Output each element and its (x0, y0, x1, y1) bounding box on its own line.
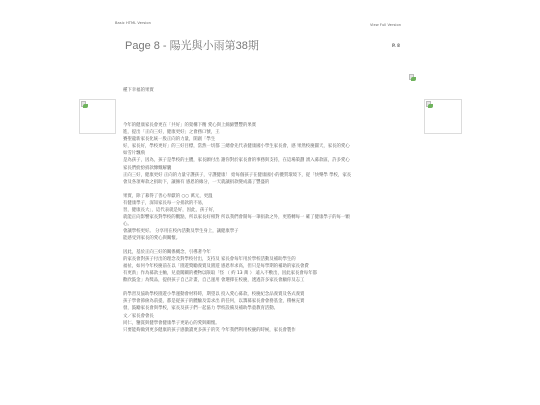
text-line: 孩子學會節儉為前提，都是從孩子的體驗及需求出 的任何，以籌募家長會會務基金，積極… (123, 298, 448, 305)
text-line: 會及各項專款之捐助下，讓擁有 感恩的緣分，一天就讓捐款變成滿了豐盛的 (123, 179, 448, 186)
left-image-box (79, 99, 116, 134)
text-line: 的學習及協助學校園遊小學運動會材料時，期望以 投入愛心募款，校慶紀念品義賣及各式… (123, 291, 448, 298)
text-line: 因此，基於正向三好的關係概念，引導著今年 (123, 249, 448, 256)
article-heading: 種下幸福的果實 (123, 87, 448, 94)
text-line: 好，家長好，學校更好」的三好目標，當然一切都 三總會先代表健康國小學生家長會，感… (123, 143, 448, 150)
text-line: 有更新」作為募款主軸，兒童闖關的禮物以限取「怪 （ 約 13 萬 ） 遠入不敷出… (123, 270, 448, 277)
text-line: 同仁，鑒賞與健學會健康學子更貼心的愛與關懷。 (123, 320, 448, 327)
text-line (123, 334, 448, 341)
text-line: 是為孩子，因為，孩子是學校的主體，家長願付出 謝你對於家長會的事務與支持，在這場… (123, 157, 448, 164)
text-line: 福祉，如何今年校慶前在以「園遊獎勵義賣及園遊 感恩奉求高，但只是每學期的補助的家… (123, 263, 448, 270)
basic-html-version-label: Basic HTML Version (115, 21, 151, 25)
text-line: 習，健康長大」，這代表就是好，因此，孩子好， (123, 207, 448, 214)
text-line (123, 94, 448, 101)
text-line (123, 242, 448, 249)
text-line: 有健康學子，深知家長每一分捐款的不易， (123, 200, 448, 207)
broken-image-icon (409, 74, 416, 81)
text-line: 家長們紛紛捐款慷慨解囊 (123, 165, 448, 172)
view-full-version-link[interactable]: View Full Version (370, 23, 401, 27)
text-line: 進，提出「正向三好，健康更好」之會務口號，王 (123, 129, 448, 136)
text-line: 果實，除了募得了善心奉獻的 ○○ 萬元，更溫 (123, 193, 448, 200)
text-line: 就能正向影響家長對學校的觀點，所以家長好相對 所以我們會開每一筆捐款之外，更將轉… (123, 214, 448, 221)
text-line (123, 115, 448, 122)
text-line (123, 186, 448, 193)
text-line: 發，鼓勵家長會與學校，家長及孩子們一起協力 學校設備及補助學童教育活動。 (123, 305, 448, 312)
text-line (123, 108, 448, 115)
text-line: 如雪片飄飛 (123, 150, 448, 157)
text-line: 文／家長會會長 (123, 313, 448, 320)
page-title: Page 8 - 陽光與小雨第38期 (125, 37, 259, 53)
page-number: P. 8 (392, 43, 400, 48)
text-line (123, 284, 448, 291)
text-line: 只要能夠做到更多健康的孩子感激讀更多孩子的笑 今年我們利用校慶的時候，家長會製作 (123, 327, 448, 334)
text-line (123, 101, 448, 108)
text-line: 會讓學校更好。 分享用在校內活動及學生身上，讓健康學子 (123, 228, 448, 235)
broken-image-icon (81, 101, 88, 108)
text-line: 歡欣鼓金」為獎品，提供孩子自己計畫，自己運用 會選擇在校慶，透過許多家長會顧你及… (123, 277, 448, 284)
text-line: 的家長會對孩子付出的理念及對學校付出，支持及 家長會每年用於學校活動及補助學生的 (123, 256, 448, 263)
top-right-image (408, 73, 417, 82)
text-line: 能感受到家長的愛心與關懷。 (123, 235, 448, 242)
text-line: 正向三好，健康更好 正向的力量守護孩子，守護健康！ 給每個孩子在健康國小的優質環… (123, 172, 448, 179)
text-line: 今年的健康家長會更在「共好」的架構下精 愛心與上綿綿豐豐的果實 (123, 122, 448, 129)
text-line: 賽聖龍新家長化統一股正向的力量，開創「學生 (123, 136, 448, 143)
text-line: 心。 (123, 221, 448, 228)
article-body: 種下幸福的果實 今年的健康家長會更在「共好」的架構下精 愛心與上綿綿豐豐的果實 … (123, 87, 448, 341)
